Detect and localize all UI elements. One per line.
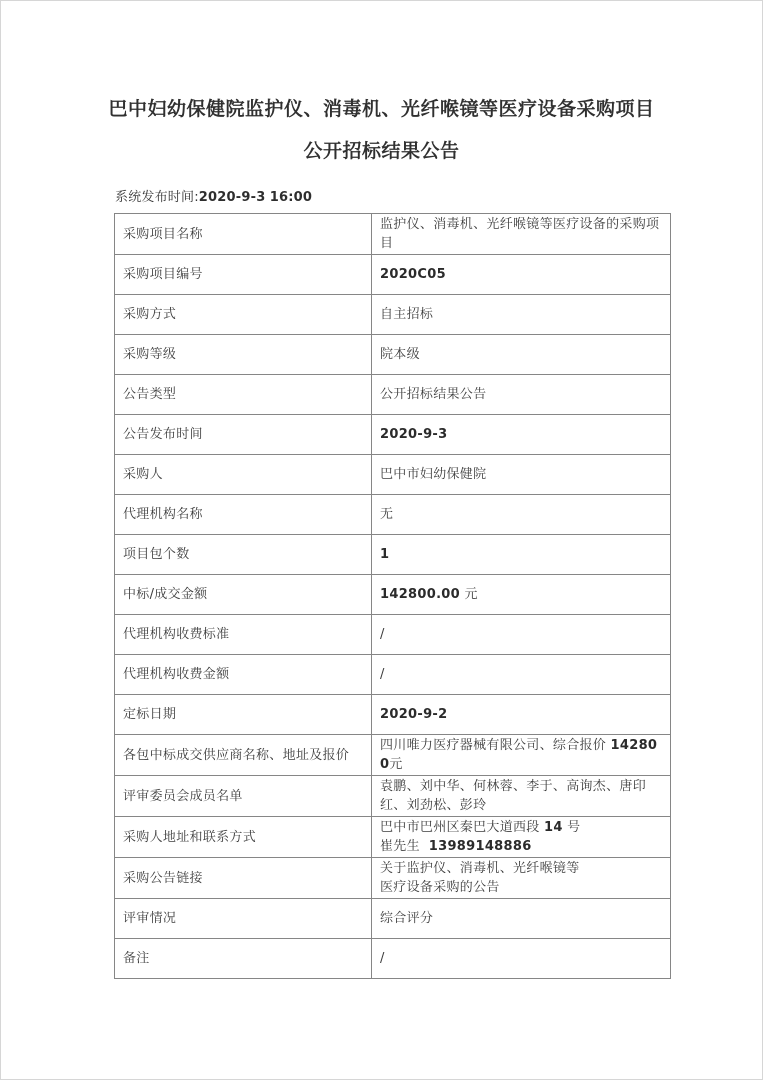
table-row: 采购项目编号2020C05: [115, 255, 671, 295]
field-value: 综合评分: [372, 899, 671, 939]
field-label: 定标日期: [115, 695, 372, 735]
field-value: 2020-9-2: [372, 695, 671, 735]
system-publish-time: 系统发布时间:2020-9-3 16:00: [115, 189, 312, 206]
table-row: 评审委员会成员名单袁鹏、刘中华、何林蓉、李于、高询杰、唐印红、刘劲松、彭玲: [115, 776, 671, 817]
table-row: 公告类型公开招标结果公告: [115, 375, 671, 415]
field-label: 代理机构收费标准: [115, 615, 372, 655]
field-value: 无: [372, 495, 671, 535]
field-label: 采购人地址和联系方式: [115, 817, 372, 858]
field-label: 中标/成交金额: [115, 575, 372, 615]
table-row: 采购人巴中市妇幼保健院: [115, 455, 671, 495]
table-row: 评审情况综合评分: [115, 899, 671, 939]
field-label: 采购等级: [115, 335, 372, 375]
field-label: 各包中标成交供应商名称、地址及报价: [115, 735, 372, 776]
table-row: 公告发布时间2020-9-3: [115, 415, 671, 455]
field-label: 公告发布时间: [115, 415, 372, 455]
table-row: 代理机构收费标准/: [115, 615, 671, 655]
table-row: 代理机构名称无: [115, 495, 671, 535]
field-value: 自主招标: [372, 295, 671, 335]
field-label: 代理机构收费金额: [115, 655, 372, 695]
field-value: /: [372, 655, 671, 695]
field-value: 关于监护仪、消毒机、光纤喉镜等医疗设备采购的公告: [372, 858, 671, 899]
field-label: 评审委员会成员名单: [115, 776, 372, 817]
field-value: 公开招标结果公告: [372, 375, 671, 415]
field-value: 巴中市妇幼保健院: [372, 455, 671, 495]
announcement-table: 采购项目名称监护仪、消毒机、光纤喉镜等医疗设备的采购项目采购项目编号2020C0…: [114, 213, 671, 979]
field-label: 备注: [115, 939, 372, 979]
table-row: 代理机构收费金额/: [115, 655, 671, 695]
table-row: 采购等级院本级: [115, 335, 671, 375]
field-value: 院本级: [372, 335, 671, 375]
field-value: 袁鹏、刘中华、何林蓉、李于、高询杰、唐印红、刘劲松、彭玲: [372, 776, 671, 817]
table-row: 采购方式自主招标: [115, 295, 671, 335]
table-row: 采购人地址和联系方式巴中市巴州区秦巴大道西段 14 号崔先生 139891488…: [115, 817, 671, 858]
document-title-line2: 公开招标结果公告: [1, 139, 762, 163]
announcement-table-body: 采购项目名称监护仪、消毒机、光纤喉镜等医疗设备的采购项目采购项目编号2020C0…: [115, 214, 671, 979]
field-label: 采购公告链接: [115, 858, 372, 899]
field-label: 采购人: [115, 455, 372, 495]
field-label: 公告类型: [115, 375, 372, 415]
table-row: 采购公告链接关于监护仪、消毒机、光纤喉镜等医疗设备采购的公告: [115, 858, 671, 899]
field-label: 评审情况: [115, 899, 372, 939]
field-value: 四川唯力医疗器械有限公司、综合报价 142800元: [372, 735, 671, 776]
table-row: 采购项目名称监护仪、消毒机、光纤喉镜等医疗设备的采购项目: [115, 214, 671, 255]
table-row: 备注/: [115, 939, 671, 979]
field-value: 巴中市巴州区秦巴大道西段 14 号崔先生 13989148886: [372, 817, 671, 858]
field-value: 1: [372, 535, 671, 575]
table-row: 定标日期2020-9-2: [115, 695, 671, 735]
field-value: 2020C05: [372, 255, 671, 295]
table-row: 各包中标成交供应商名称、地址及报价四川唯力医疗器械有限公司、综合报价 14280…: [115, 735, 671, 776]
table-row: 中标/成交金额142800.00 元: [115, 575, 671, 615]
field-label: 代理机构名称: [115, 495, 372, 535]
table-row: 项目包个数1: [115, 535, 671, 575]
field-value: 2020-9-3: [372, 415, 671, 455]
document-title-line1: 巴中妇幼保健院监护仪、消毒机、光纤喉镜等医疗设备采购项目: [1, 97, 762, 121]
field-value: 142800.00 元: [372, 575, 671, 615]
field-value: /: [372, 939, 671, 979]
field-label: 项目包个数: [115, 535, 372, 575]
field-value: /: [372, 615, 671, 655]
field-label: 采购项目编号: [115, 255, 372, 295]
field-label: 采购方式: [115, 295, 372, 335]
field-value: 监护仪、消毒机、光纤喉镜等医疗设备的采购项目: [372, 214, 671, 255]
field-label: 采购项目名称: [115, 214, 372, 255]
document-page: 巴中妇幼保健院监护仪、消毒机、光纤喉镜等医疗设备采购项目 公开招标结果公告 系统…: [0, 0, 763, 1080]
